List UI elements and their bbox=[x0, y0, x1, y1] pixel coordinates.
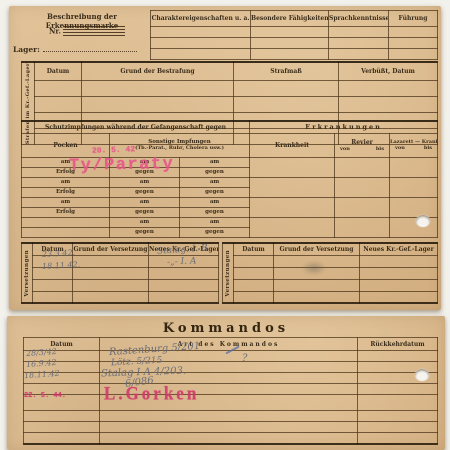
sonstige2-row-label: gegen bbox=[180, 167, 250, 177]
pocken-row-label: Erfolg bbox=[22, 207, 110, 217]
empty-cell bbox=[73, 279, 149, 291]
empty-cell bbox=[35, 81, 82, 97]
traits-header-fuehrung: Führung bbox=[389, 11, 438, 27]
transfers-side-label: Versetzungen bbox=[226, 250, 231, 297]
empty-cell bbox=[360, 279, 438, 291]
transfers-table-right: Versetzungen Datum Grund der Versetzung … bbox=[222, 242, 438, 304]
sonstige1-row-label: gegen bbox=[110, 227, 180, 237]
empty-cell bbox=[274, 279, 360, 291]
empty-cell bbox=[389, 49, 438, 60]
transfers-side-label-cell: Versetzungen bbox=[22, 243, 33, 303]
empty-cell bbox=[234, 267, 274, 279]
empty-cell bbox=[149, 291, 219, 303]
empty-cell bbox=[100, 422, 358, 433]
empty-cell bbox=[234, 81, 339, 97]
empty-cell bbox=[329, 27, 389, 38]
empty-cell bbox=[100, 433, 358, 444]
empty-cell bbox=[390, 217, 438, 237]
sonstige1-row-label: gegen bbox=[110, 187, 180, 197]
pocken-row-label: Erfolg bbox=[22, 187, 110, 197]
punch-hole-upper bbox=[416, 215, 430, 227]
punch-hole-lower bbox=[415, 369, 429, 381]
empty-cell bbox=[389, 38, 438, 49]
empty-cell bbox=[151, 27, 251, 38]
transfers-header-lager: Neues Kr.-Gef.-Lager bbox=[360, 243, 438, 255]
kommandos-header-rueckkehr: Rückkehrdatum bbox=[358, 338, 438, 351]
transfer-entry-new-camp: -„- I. A bbox=[167, 256, 197, 268]
punish-header-datum: Datum bbox=[35, 62, 82, 81]
revier-von-label: von bbox=[340, 146, 350, 152]
vaccination-date-stamp: 20. 5. 42 bbox=[92, 145, 136, 156]
empty-cell bbox=[149, 267, 219, 279]
empty-cell bbox=[234, 279, 274, 291]
empty-cell bbox=[360, 291, 438, 303]
empty-cell bbox=[358, 351, 438, 362]
pocken-row-label bbox=[22, 227, 110, 237]
lazarett-header-cell: Lazarett — Krankenhaus vonbis bbox=[390, 133, 438, 157]
empty-cell bbox=[390, 157, 438, 177]
empty-cell bbox=[24, 433, 100, 444]
faint-pencil-smudge bbox=[297, 258, 331, 278]
sonstige2-row-label: am bbox=[180, 177, 250, 187]
sonstige2-row-label: am bbox=[180, 217, 250, 227]
sonstige2-row-label: gegen bbox=[180, 227, 250, 237]
empty-cell bbox=[360, 267, 438, 279]
empty-cell bbox=[389, 27, 438, 38]
typhus-paratyphus-stamp: Ty/Paraty bbox=[69, 155, 175, 176]
empty-cell bbox=[358, 411, 438, 422]
illnesses-title: Erkrankungen bbox=[250, 121, 438, 133]
traits-header-sprachen: Sprachkenntnisse bbox=[329, 11, 389, 27]
pocken-row-label: am bbox=[22, 177, 110, 187]
empty-cell bbox=[358, 384, 438, 395]
sonstige1-row-label: gegen bbox=[110, 207, 180, 217]
lager-row: Lager: bbox=[13, 44, 137, 54]
lazarett-bis-label: bis bbox=[424, 145, 432, 151]
transfers-side-label: Versetzungen bbox=[25, 250, 30, 297]
empty-cell bbox=[24, 422, 100, 433]
empty-cell bbox=[250, 157, 335, 177]
lazarett-von-label: von bbox=[395, 145, 405, 151]
punish-header-strafmass: Strafmaß bbox=[234, 62, 339, 81]
empty-cell bbox=[339, 81, 438, 97]
krankheit-header: Krankheit bbox=[250, 133, 335, 157]
empty-cell bbox=[335, 197, 390, 217]
sonstige2-row-label: gegen bbox=[180, 187, 250, 197]
empty-cell bbox=[73, 267, 149, 279]
pocken-row-label: am bbox=[22, 197, 110, 207]
empty-cell bbox=[390, 177, 438, 197]
empty-cell bbox=[329, 38, 389, 49]
sonstige2-row-label: gegen bbox=[180, 207, 250, 217]
sonstige1-row-label: am bbox=[110, 217, 180, 227]
revier-header: Revier bbox=[335, 139, 389, 146]
empty-cell bbox=[250, 217, 335, 237]
transfers-header-datum: Datum bbox=[234, 243, 274, 255]
empty-cell bbox=[360, 255, 438, 267]
empty-cell bbox=[358, 433, 438, 444]
id-tag-number-row: Nr. bbox=[49, 26, 125, 37]
punish-header-grund: Grund der Bestrafung bbox=[82, 62, 234, 81]
lager-label: Lager: bbox=[13, 45, 40, 54]
transfers-header-grund: Grund der Versetzung bbox=[274, 243, 360, 255]
empty-cell bbox=[250, 197, 335, 217]
sonstige1-row-label: am bbox=[110, 177, 180, 187]
gorken-location-stamp: L.Gorken bbox=[104, 383, 199, 405]
empty-cell bbox=[151, 49, 251, 60]
revier-bis-label: bis bbox=[376, 146, 384, 152]
vaccinations-illnesses-table: Schutzimpfungen während der Gefangenscha… bbox=[21, 120, 438, 238]
empty-cell bbox=[339, 97, 438, 113]
kommandos-title: Kommandos bbox=[7, 321, 445, 336]
empty-cell bbox=[149, 279, 219, 291]
transfers-header-grund: Grund der Versetzung bbox=[73, 243, 149, 255]
empty-cell bbox=[33, 291, 73, 303]
empty-cell bbox=[73, 255, 149, 267]
punish-header-verbuesst: Verbüßt, Datum bbox=[339, 62, 438, 81]
kommando-entry-question-mark: ? bbox=[242, 353, 247, 364]
traits-header-charakter: Charaktereigenschaften u. a. bbox=[151, 11, 251, 27]
empty-cell bbox=[234, 291, 274, 303]
empty-cell bbox=[234, 97, 339, 113]
empty-cell bbox=[251, 27, 329, 38]
empty-cell bbox=[82, 81, 234, 97]
empty-cell bbox=[329, 49, 389, 60]
empty-cell bbox=[73, 291, 149, 303]
nr-label: Nr. bbox=[49, 27, 61, 36]
empty-cell bbox=[100, 411, 358, 422]
empty-cell bbox=[274, 291, 360, 303]
empty-cell bbox=[151, 38, 251, 49]
empty-cell bbox=[390, 197, 438, 217]
empty-cell bbox=[335, 157, 390, 177]
traits-header-faehigkeiten: Besondere Fähigkeiten bbox=[251, 11, 329, 27]
empty-cell bbox=[335, 217, 390, 237]
empty-cell bbox=[250, 177, 335, 197]
empty-cell bbox=[35, 97, 82, 113]
traits-table: Charaktereigenschaften u. a. Besondere F… bbox=[150, 10, 438, 60]
pocken-row-label bbox=[22, 217, 110, 227]
empty-cell bbox=[335, 177, 390, 197]
kommandos-table: Datum Art des Kommandos Rückkehrdatum bbox=[23, 337, 438, 445]
nr-blank-lines bbox=[63, 26, 125, 37]
transfers-side-label-cell: Versetzungen bbox=[223, 243, 234, 303]
pow-record-card-upper: Beschreibung der Erkennungsmarke Nr. Lag… bbox=[9, 6, 441, 310]
empty-cell bbox=[358, 422, 438, 433]
sonstige1-row-label: am bbox=[110, 197, 180, 207]
empty-cell bbox=[82, 97, 234, 113]
vaccinations-title: Schutzimpfungen während der Gefangenscha… bbox=[22, 121, 250, 133]
lager-blank-line bbox=[43, 44, 137, 52]
empty-cell bbox=[24, 411, 100, 422]
kommando-date-stamp: 22. 5. 44. bbox=[24, 392, 66, 400]
empty-cell bbox=[358, 395, 438, 411]
empty-cell bbox=[251, 38, 329, 49]
empty-cell bbox=[234, 255, 274, 267]
revier-header-cell: Revier vonbis bbox=[335, 133, 390, 157]
pow-record-card-lower: Kommandos Datum Art des Kommandos Rückke… bbox=[7, 316, 445, 450]
sonstige2-row-label: am bbox=[180, 197, 250, 207]
sonstige2-row-label: am bbox=[180, 157, 250, 167]
transfer-entry-date: 23.3.42. bbox=[42, 248, 76, 259]
empty-cell bbox=[251, 49, 329, 60]
empty-cell bbox=[33, 279, 73, 291]
